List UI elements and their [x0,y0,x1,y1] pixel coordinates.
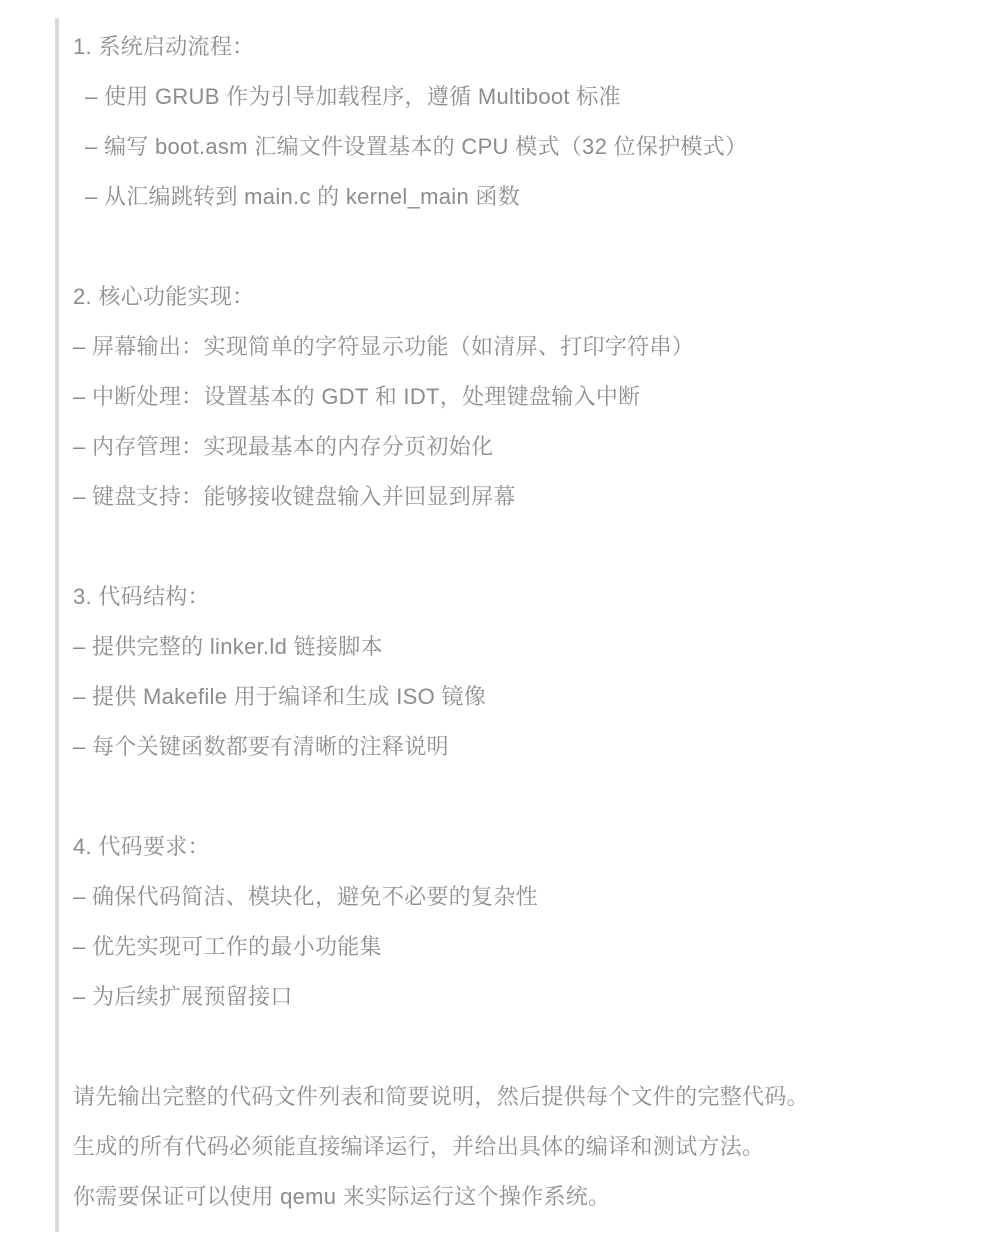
quote-bar [55,18,59,1232]
paragraph-line: 请先输出完整的代码文件列表和简要说明，然后提供每个文件的完整代码。 [73,1072,962,1122]
section-heading: 3. 代码结构： [73,572,962,622]
bullet-line: – 键盘支持：能够接收键盘输入并回显到屏幕 [73,472,962,522]
bullet-line: – 每个关键函数都要有清晰的注释说明 [73,722,962,772]
bullet-line: – 提供完整的 linker.ld 链接脚本 [73,622,962,672]
bullet-line: – 确保代码简洁、模块化，避免不必要的复杂性 [73,872,962,922]
quoted-message: 1. 系统启动流程：– 使用 GRUB 作为引导加载程序，遵循 Multiboo… [55,18,982,1232]
text-block: 1. 系统启动流程：– 使用 GRUB 作为引导加载程序，遵循 Multiboo… [73,22,962,222]
text-block: 3. 代码结构：– 提供完整的 linker.ld 链接脚本– 提供 Makef… [73,572,962,772]
bullet-line: – 为后续扩展预留接口 [73,972,962,1022]
text-block: 请先输出完整的代码文件列表和简要说明，然后提供每个文件的完整代码。生成的所有代码… [73,1072,962,1222]
bullet-line: – 使用 GRUB 作为引导加载程序，遵循 Multiboot 标准 [73,72,962,122]
bullet-line: – 从汇编跳转到 main.c 的 kernel_main 函数 [73,172,962,222]
quote-content: 1. 系统启动流程：– 使用 GRUB 作为引导加载程序，遵循 Multiboo… [73,22,962,1222]
bullet-line: – 中断处理：设置基本的 GDT 和 IDT，处理键盘输入中断 [73,372,962,422]
paragraph-line: 生成的所有代码必须能直接编译运行，并给出具体的编译和测试方法。 [73,1122,962,1172]
text-block: 2. 核心功能实现：– 屏幕输出：实现简单的字符显示功能（如清屏、打印字符串）–… [73,272,962,522]
section-heading: 2. 核心功能实现： [73,272,962,322]
section-heading: 4. 代码要求： [73,822,962,872]
bullet-line: – 内存管理：实现最基本的内存分页初始化 [73,422,962,472]
bullet-line: – 编写 boot.asm 汇编文件设置基本的 CPU 模式（32 位保护模式） [73,122,962,172]
text-block: 4. 代码要求：– 确保代码简洁、模块化，避免不必要的复杂性– 优先实现可工作的… [73,822,962,1022]
section-heading: 1. 系统启动流程： [73,22,962,72]
paragraph-line: 你需要保证可以使用 qemu 来实际运行这个操作系统。 [73,1172,962,1222]
bullet-line: – 优先实现可工作的最小功能集 [73,922,962,972]
bullet-line: – 提供 Makefile 用于编译和生成 ISO 镜像 [73,672,962,722]
bullet-line: – 屏幕输出：实现简单的字符显示功能（如清屏、打印字符串） [73,322,962,372]
